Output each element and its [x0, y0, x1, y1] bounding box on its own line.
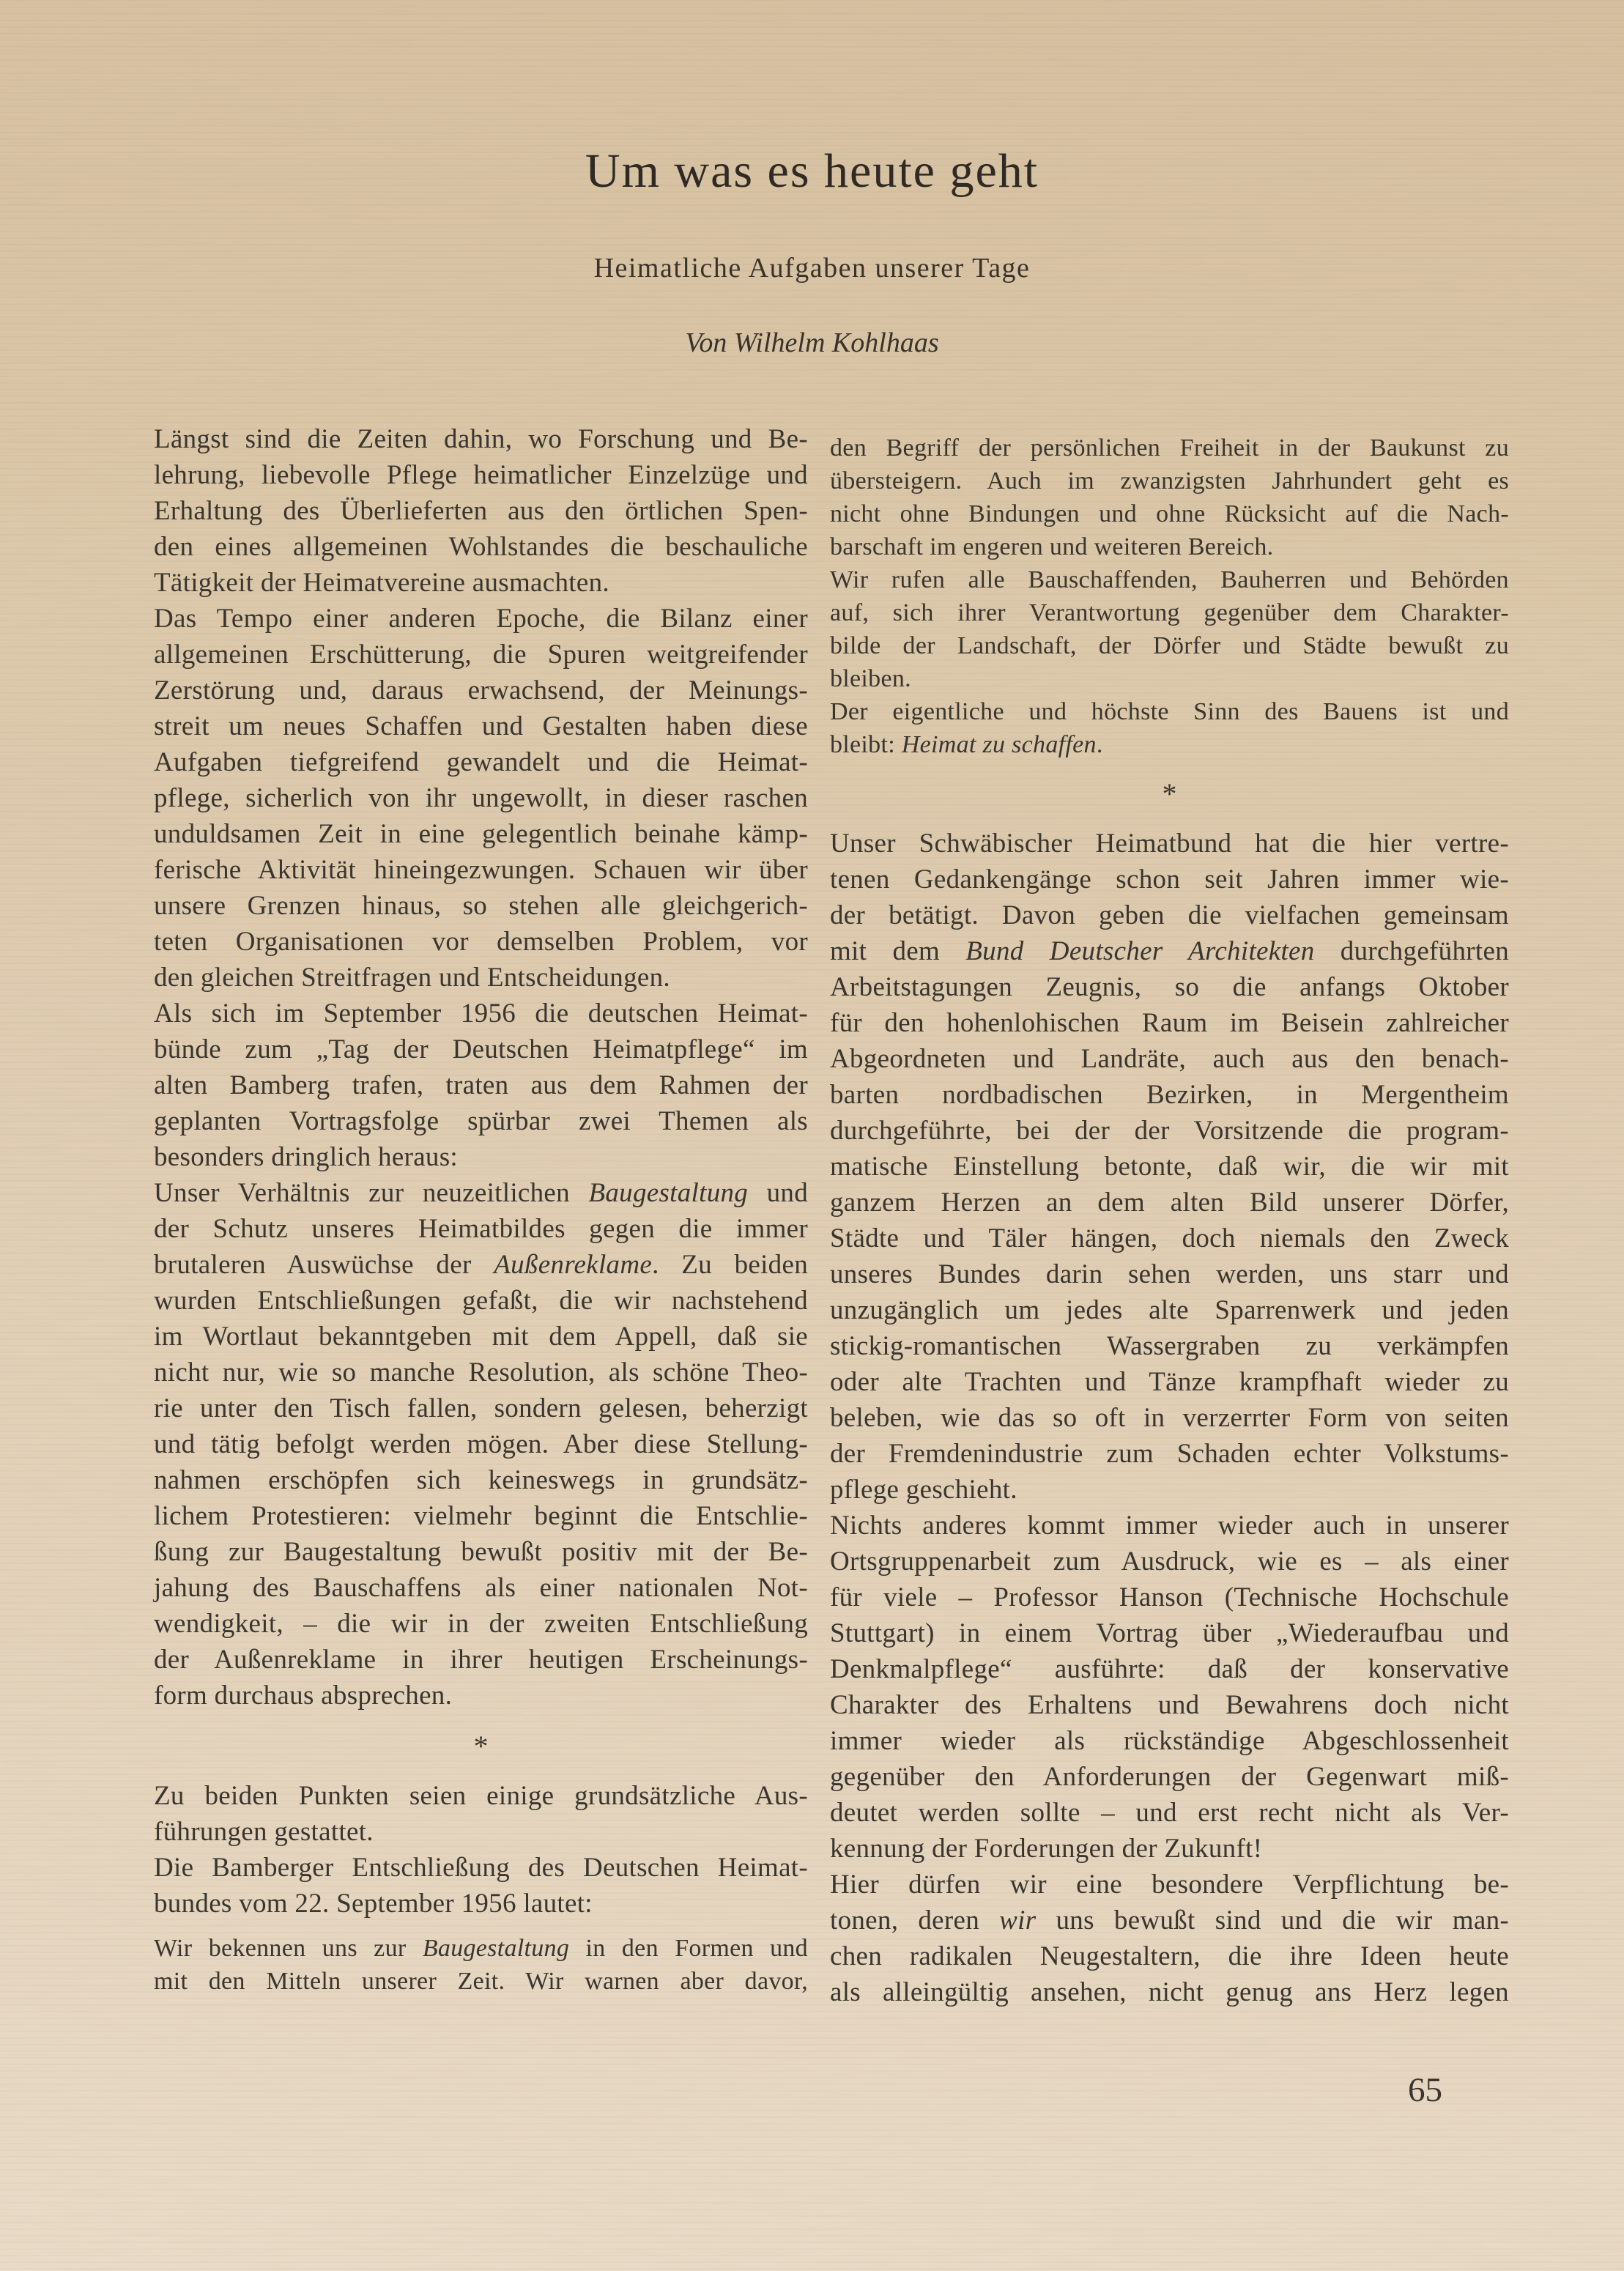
text-line: bleiben. [830, 662, 1509, 695]
text-line: bünde zum „Tag der Deutschen Heimatpfleg… [154, 1031, 808, 1067]
text-line: oder alte Trachten und Tänze krampfhaft … [830, 1364, 1509, 1400]
article-byline: Von Wilhelm Kohlhaas [0, 327, 1624, 359]
text-line: Tätigkeit der Heimatvereine ausmachten. [154, 565, 808, 601]
text-line: Stuttgart) in einem Vortrag über „Wieder… [830, 1615, 1509, 1651]
text-line: der betätigt. Davon geben die vielfachen… [830, 897, 1509, 933]
text-line: jahung des Bauschaffens als einer nation… [154, 1570, 808, 1606]
text-line: Ortsgruppenarbeit zum Ausdruck, wie es –… [830, 1544, 1509, 1579]
text-line: lichem Protestieren: vielmehr beginnt di… [154, 1498, 808, 1534]
text-line: matische Einstellung betonte, daß wir, d… [830, 1149, 1509, 1185]
text-line: pflege geschieht. [830, 1472, 1509, 1508]
scanned-page: Um was es heute geht Heimatliche Aufgabe… [0, 0, 1624, 2271]
text-line: führungen gestattet. [154, 1814, 808, 1850]
text-line: wendigkeit, – die wir in der zweiten Ent… [154, 1606, 808, 1642]
text-line: Arbeitstagungen Zeugnis, so die anfangs … [830, 969, 1509, 1005]
text-line: wurden Entschließungen gefaßt, die wir n… [154, 1283, 808, 1319]
text-line: Aufgaben tiefgreifend gewandelt und die … [154, 744, 808, 780]
text-line: Abgeordneten und Landräte, auch aus den … [830, 1041, 1509, 1077]
text-line: deutet werden sollte – und erst recht ni… [830, 1795, 1509, 1831]
text-line: nicht nur, wie so manche Resolution, als… [154, 1355, 808, 1390]
text-line: als alleingültig ansehen, nicht genug an… [830, 1974, 1509, 2010]
text-line: brutaleren Auswüchse der Außenreklame. Z… [154, 1247, 808, 1283]
text-line: ganzem Herzen an dem alten Bild unserer … [830, 1185, 1509, 1220]
text-line: geplanten Vortragsfolge spürbar zwei The… [154, 1103, 808, 1139]
text-line: rie unter den Tisch fallen, sondern gele… [154, 1390, 808, 1426]
asterisk-separator: * [830, 761, 1509, 826]
text-line: bilde der Landschaft, der Dörfer und Stä… [830, 629, 1509, 662]
text-line: form durchaus absprechen. [154, 1678, 808, 1714]
asterisk-separator: * [154, 1714, 808, 1778]
text-line: bundes vom 22. September 1956 lautet: [154, 1886, 808, 1922]
text-line: stickig-romantischen Wassergraben zu ver… [830, 1328, 1509, 1364]
text-line: Zu beiden Punkten seien einige grundsätz… [154, 1778, 808, 1814]
text-line: barschaft im engeren und weiteren Bereic… [830, 530, 1509, 563]
text-line: Der eigentliche und höchste Sinn des Bau… [830, 695, 1509, 728]
text-line: teten Organisationen vor demselben Probl… [154, 924, 808, 960]
text-line: ßung zur Baugestaltung bewußt positiv mi… [154, 1534, 808, 1570]
text-line: chen radikalen Neugestaltern, die ihre I… [830, 1938, 1509, 1974]
text-line: Längst sind die Zeiten dahin, wo Forschu… [154, 421, 808, 457]
text-line: besonders dringlich heraus: [154, 1139, 808, 1175]
text-line: tenen Gedankengänge schon seit Jahren im… [830, 862, 1509, 897]
text-line: alten Bamberg trafen, traten aus dem Rah… [154, 1067, 808, 1103]
right-column: den Begriff der persönlichen Freiheit in… [830, 421, 1509, 2010]
text-line: lehrung, liebevolle Pflege heimatlicher … [154, 457, 808, 493]
text-line: auf, sich ihrer Verantwortung gegenüber … [830, 596, 1509, 629]
text-line: Hier dürfen wir eine besondere Verpflich… [830, 1867, 1509, 1903]
text-line: Nichts anderes kommt immer wieder auch i… [830, 1508, 1509, 1544]
text-line: den eines allgemeinen Wohlstandes die be… [154, 529, 808, 565]
text-line: Charakter des Erhaltens und Bewahrens do… [830, 1687, 1509, 1723]
text-line: streit um neues Schaffen und Gestalten h… [154, 708, 808, 744]
article-title: Um was es heute geht [0, 144, 1624, 199]
text-line: ferische Aktivität hineingezwungen. Scha… [154, 852, 808, 888]
text-line: pflege, sicherlich von ihr ungewollt, in… [154, 780, 808, 816]
text-line: unzugänglich um jedes alte Sparrenwerk u… [830, 1292, 1509, 1328]
text-line: durchgeführte, bei der der Vorsitzende d… [830, 1113, 1509, 1149]
text-line: für den hohenlohischen Raum im Beisein z… [830, 1005, 1509, 1041]
text-line: der Außenreklame in ihrer heutigen Ersch… [154, 1642, 808, 1678]
text-line: im Wortlaut bekanntgeben mit dem Appell,… [154, 1319, 808, 1355]
text-line: unseres Bundes darin sehen werden, uns s… [830, 1256, 1509, 1292]
text-line: nahmen erschöpfen sich keineswegs in gru… [154, 1462, 808, 1498]
text-line: Denkmalpflege“ ausführte: daß der konser… [830, 1651, 1509, 1687]
text-line: Zerstörung und, daraus erwachsend, der M… [154, 673, 808, 708]
text-line: Städte und Täler hängen, doch niemals de… [830, 1220, 1509, 1256]
text-line: Unser Verhältnis zur neuzeitlichen Bauge… [154, 1175, 808, 1211]
text-line: Unser Schwäbischer Heimatbund hat die hi… [830, 826, 1509, 862]
text-line: Erhaltung des Überlieferten aus den örtl… [154, 493, 808, 529]
text-line: Das Tempo einer anderen Epoche, die Bila… [154, 601, 808, 637]
text-line: der Fremdenindustrie zum Schaden echter … [830, 1436, 1509, 1472]
text-line: Wir bekennen uns zur Baugestaltung in de… [154, 1932, 808, 1965]
text-line: unsere Grenzen hinaus, so stehen alle gl… [154, 888, 808, 924]
text-line: übersteigern. Auch im zwanzigsten Jahrhu… [830, 464, 1509, 497]
text-line: beleben, wie das so oft in verzerrter Fo… [830, 1400, 1509, 1436]
text-line: Als sich im September 1956 die deutschen… [154, 996, 808, 1031]
text-line: den Begriff der persönlichen Freiheit in… [830, 431, 1509, 464]
text-line: immer wieder als rückständige Abgeschlos… [830, 1723, 1509, 1759]
text-line: Die Bamberger Entschließung des Deutsche… [154, 1850, 808, 1886]
text-line: den gleichen Streitfragen und Entscheidu… [154, 960, 808, 996]
text-line: barten nordbadischen Bezirken, in Mergen… [830, 1077, 1509, 1113]
text-line: gegenüber den Anforderungen der Gegenwar… [830, 1759, 1509, 1795]
text-line: mit den Mitteln unserer Zeit. Wir warnen… [154, 1965, 808, 1998]
text-line: tonen, deren wir uns bewußt sind und die… [830, 1903, 1509, 1938]
text-line: allgemeinen Erschütterung, die Spuren we… [154, 637, 808, 673]
text-line: nicht ohne Bindungen und ohne Rücksicht … [830, 497, 1509, 530]
article-subtitle: Heimatliche Aufgaben unserer Tage [0, 252, 1624, 284]
text-line: bleibt: Heimat zu schaffen. [830, 728, 1509, 761]
text-line: der Schutz unseres Heimatbildes gegen di… [154, 1211, 808, 1247]
text-line: und tätig befolgt werden mögen. Aber die… [154, 1426, 808, 1462]
text-line: Wir rufen alle Bauschaffenden, Bauherren… [830, 563, 1509, 596]
text-line: mit dem Bund Deutscher Architekten durch… [830, 933, 1509, 969]
text-line: unduldsamen Zeit in eine gelegentlich be… [154, 816, 808, 852]
page-number: 65 [1408, 2070, 1442, 2110]
left-column: Längst sind die Zeiten dahin, wo Forschu… [154, 421, 808, 1998]
text-line: für viele – Professor Hanson (Technische… [830, 1579, 1509, 1615]
text-line: kennung der Forderungen der Zukunft! [830, 1831, 1509, 1867]
